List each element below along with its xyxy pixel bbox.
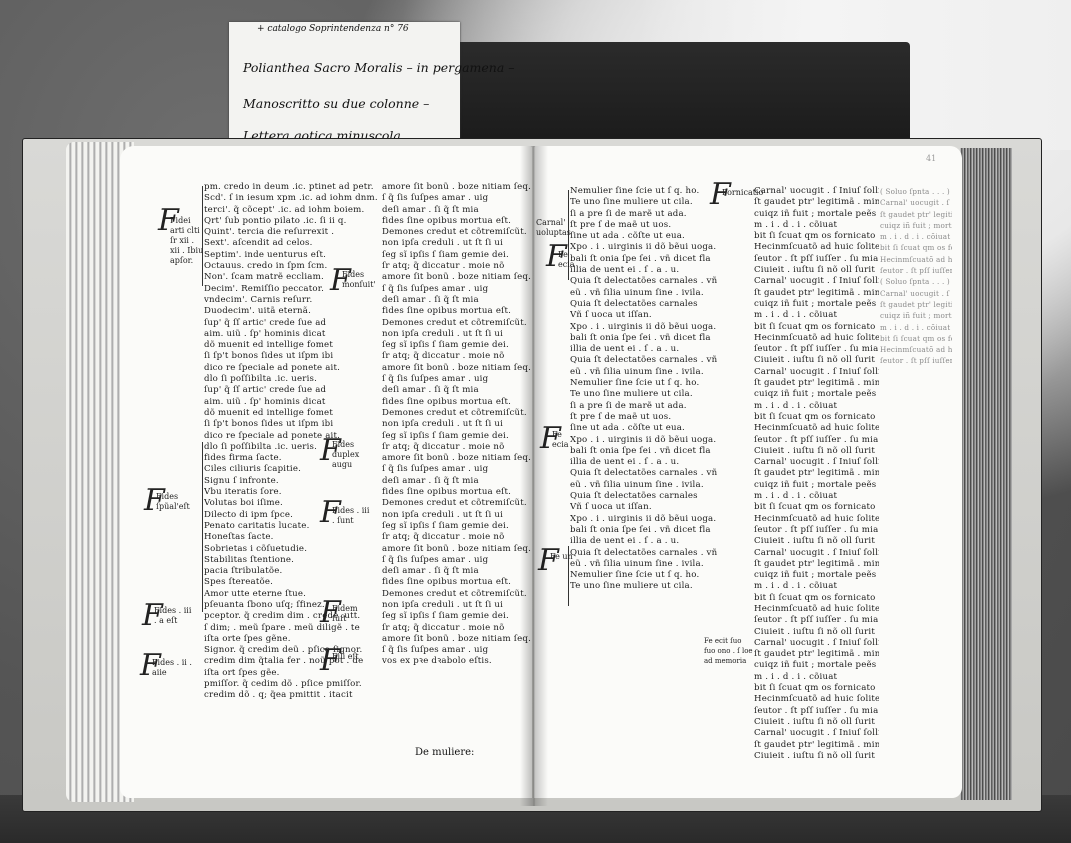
right-page-column-1: Nemulier ſine ſcie ut ſ q. ho. Te uno ſi…: [570, 186, 750, 606]
margin-label: Fides duplex augu: [332, 440, 372, 470]
book-gutter: [520, 146, 548, 806]
left-page-column-2: amore ſit bonũ . boze nitiam ſeq. ſ q̃ ſ…: [382, 182, 532, 702]
margin-label: Fili eſt: [332, 652, 372, 662]
margin-label: Fides ſpũal'eſt: [156, 492, 196, 512]
right-page: Nemulier ſine ſcie ut ſ q. ho. Te uno ſi…: [534, 146, 962, 798]
folio-number: 41: [926, 154, 936, 163]
margin-label: Fides monſuit': [342, 270, 378, 290]
left-page: pm. credo in deum .ic. ptinet ad petr. S…: [120, 146, 532, 798]
margin-label: Fe un: [550, 552, 574, 562]
right-page-edges: [960, 148, 1012, 800]
dark-box-behind-book: [440, 42, 910, 150]
label-catalogue-number: + catalogo Soprintendenza n° 76: [257, 24, 409, 34]
catchword: De muliere:: [415, 747, 474, 758]
catalogue-label-card: + catalogo Soprintendenza n° 76 Polianth…: [229, 22, 460, 150]
margin-label: Fides . ii . aiie: [152, 658, 192, 678]
right-page-column-2: Carnal' uocugit . ſ Iniuſ ſolliõ. ſt gau…: [754, 186, 879, 776]
margin-label: Fornicatio: [722, 188, 752, 198]
margin-label: Fe ecia: [558, 250, 578, 270]
bracket-line: [202, 442, 203, 612]
label-format: Manoscritto su due colonne –: [243, 96, 429, 111]
outer-margin-note: ( Soluo ſpnta . . . ) Carnal' uocugit . …: [880, 186, 952, 366]
margin-label: Fides . iii . a eſt: [154, 606, 194, 626]
margin-label: Fidem ſuſt: [332, 604, 372, 624]
label-title: Polianthea Sacro Moralis – in pergamena …: [243, 60, 515, 75]
margin-label: Fe ecit ſuo fuo ono . ſ loe ad memoria: [704, 636, 754, 666]
margin-label: Fides . iii . ſunt: [332, 506, 372, 526]
margin-label: Fe ecia: [552, 430, 576, 450]
margin-label: Fidei arti clti ſr xii . xii . Ibiu apſo…: [170, 216, 206, 266]
